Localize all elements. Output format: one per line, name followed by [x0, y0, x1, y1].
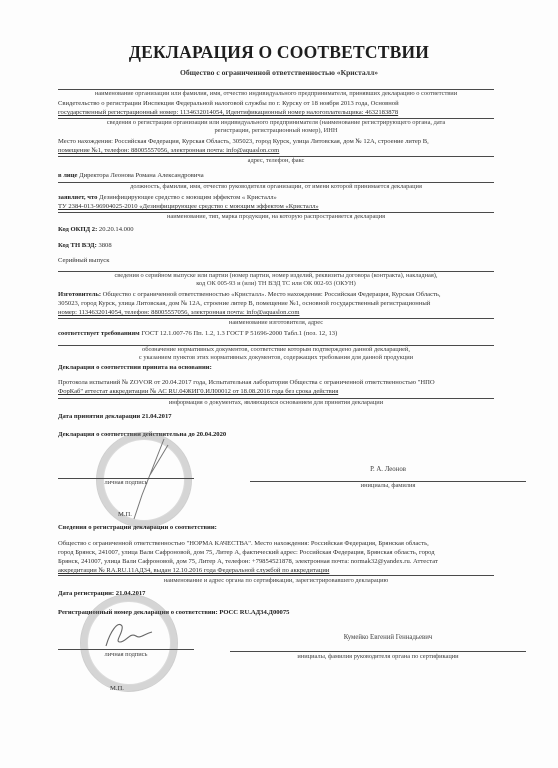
represented-value: Директора Леонова Романа Александровича [79, 172, 204, 179]
release-type: Серийный выпуск [58, 256, 109, 265]
conforms-caption-2: с указанием пунктов этих нормативных док… [58, 354, 494, 362]
registration-info-label: Сведения о регистрации декларации о соот… [58, 523, 217, 532]
seal-label: М.П. [110, 685, 124, 692]
registration-caption-1: сведения о регистрации организации или и… [58, 119, 494, 127]
declaration-page: ДЕКЛАРАЦИЯ О СООТВЕТСТВИИ Общество с огр… [0, 0, 558, 768]
address-line-1: Место нахождения: Российская Федерация, … [58, 137, 429, 146]
basis-caption: информация о документах, являющихся осно… [58, 399, 494, 407]
manufacturer-line-3: номер: 1134632014054, телефон: 880055570… [58, 308, 299, 317]
signature-icon [100, 612, 160, 652]
manufacturer-value: Общество с ограниченной ответственностью… [103, 291, 441, 298]
signature-line [58, 649, 194, 650]
seal-label: М.П. [118, 511, 132, 518]
declares-line: заявляет, что Дезинфицирующее средство с… [58, 193, 277, 202]
manufacturer-line-2: 305023, город Курск, улица Литовская, до… [58, 299, 430, 308]
conforms-line: соответствует требованиям ГОСТ 12.1.007-… [58, 329, 337, 338]
address-caption: адрес, телефон, факс [58, 157, 494, 165]
registration-date-label: Дата регистрации: [58, 590, 114, 597]
adoption-date-value: 21.04.2017 [142, 413, 172, 420]
adoption-date-label: Дата принятия декларации [58, 413, 140, 420]
okpd-code: Код ОКПД 2: 20.20.14.000 [58, 225, 134, 234]
represented-label: в лице [58, 172, 77, 179]
basis-label: Декларация о соответствии принята на осн… [58, 363, 212, 372]
signer-name: Р. А. Леонов [250, 466, 526, 474]
conforms-label: соответствует требованиям [58, 330, 140, 337]
initials-caption: инициалы, фамилия [250, 482, 526, 490]
applicant-caption: наименование организации или фамилия, им… [58, 90, 494, 98]
manufacturer-caption: наименование изготовителя, адрес [58, 319, 494, 327]
basis-line-2: ФорКаб" аттестат аккредитации № АС RU.04… [58, 387, 338, 396]
registration-number-value: РОСС RU.АД34.Д00075 [219, 609, 289, 616]
release-caption-2: код ОК 005-93 и (или) ТН ВЭД ТС или ОК 0… [58, 280, 494, 288]
registration-line-1: Свидетельство о регистрации Инспекция Фе… [58, 99, 399, 108]
declares-label: заявляет, что [58, 194, 97, 201]
tnved-value: 3808 [98, 242, 111, 249]
conforms-value: ГОСТ 12.1.007-76 Пп. 1.2, 1.3 ГОСТ Р 516… [141, 330, 337, 337]
cert-body-line-3: Брянск, 241007, улица Вали Сафроновой, д… [58, 557, 438, 566]
address-line-2: помещение №1, телефон: 88005557056, элек… [58, 146, 279, 155]
adoption-date: Дата принятия декларации 21.04.2017 [58, 412, 172, 421]
initials-line [230, 651, 526, 652]
cert-head-caption: инициалы, фамилия руководителя органа по… [230, 653, 526, 661]
valid-until-value: 20.04.2020 [197, 431, 227, 438]
signature-caption: личная подпись [58, 479, 194, 487]
cert-head-name: Кумейко Евгений Геннадьевич [250, 634, 526, 642]
represented-caption: должность, фамилия, имя, отчество руково… [58, 183, 494, 191]
okpd-label: Код ОКПД 2: [58, 226, 97, 233]
applicant-organization: Общество с ограниченной ответственностью… [0, 68, 558, 77]
represented-by: в лице Директора Леонова Романа Александ… [58, 171, 204, 180]
declares-value: Дезинфицирующее средство с моющим эффект… [99, 194, 277, 201]
manufacturer-label: Изготовитель: [58, 291, 101, 298]
tnved-label: Код ТН ВЭД: [58, 242, 97, 249]
cert-body-line-2: город Брянск, 241007, улица Вали Сафроно… [58, 548, 435, 557]
registration-line-2: государственный регистрационный номер: 1… [58, 108, 398, 117]
okpd-value: 20.20.14.000 [99, 226, 134, 233]
product-spec: ТУ 2384-013-96904025-2010 «Дезинфицирующ… [58, 202, 319, 211]
registration-caption-2: регистрации, регистрационный номер), ИНН [58, 127, 494, 135]
divider [58, 575, 494, 576]
cert-body-line-4: аккредитации № RA.RU.11АД34, выдан 12.10… [58, 566, 329, 575]
conforms-caption-1: обозначение нормативных документов, соот… [58, 346, 494, 354]
product-caption: наименование, тип, марка продукции, на к… [58, 213, 494, 221]
document-title: ДЕКЛАРАЦИЯ О СООТВЕТСТВИИ [0, 42, 558, 63]
manufacturer-line-1: Изготовитель: Общество с ограниченной от… [58, 290, 441, 299]
cert-body-caption: наименование и адрес органа по сертифика… [58, 577, 494, 585]
cert-head-signature-caption: личная подпись [58, 651, 194, 659]
release-caption-1: сведения о серийном выпуске или партии (… [58, 272, 494, 280]
tnved-code: Код ТН ВЭД: 3808 [58, 241, 112, 250]
basis-line-1: Протокола испытаний № ZOVOR от 20.04.201… [58, 378, 435, 387]
cert-body-line-1: Общество с ограниченной ответственностью… [58, 539, 429, 548]
